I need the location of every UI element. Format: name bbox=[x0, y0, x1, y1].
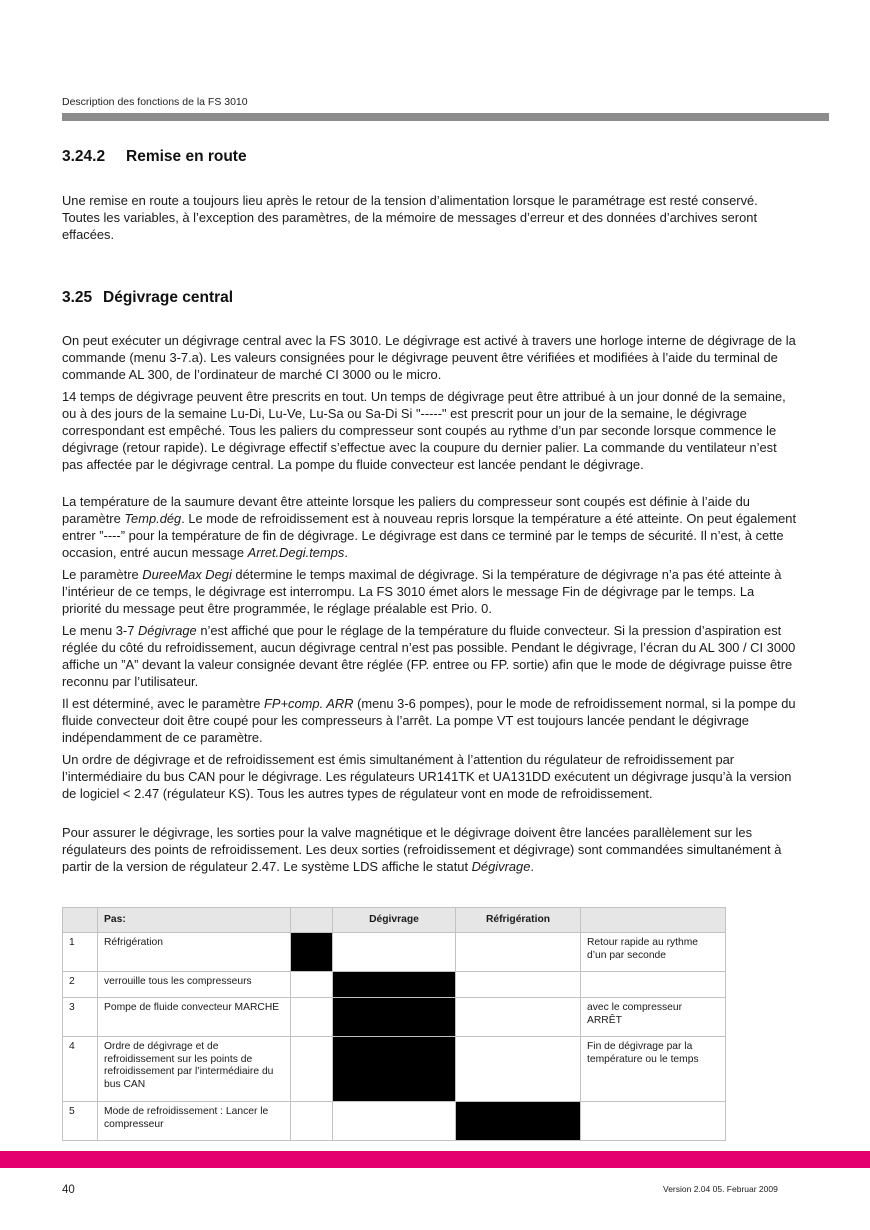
running-header: Description des fonctions de la FS 3010 bbox=[62, 96, 248, 108]
step-note bbox=[581, 972, 726, 998]
paragraph-2: 14 temps de dégivrage peuvent être presc… bbox=[62, 388, 797, 473]
step-number: 4 bbox=[63, 1037, 98, 1102]
defrost-steps-table: Pas: Dégivrage Réfrigération 1Réfrigérat… bbox=[62, 907, 726, 1141]
header-step: Pas: bbox=[98, 908, 291, 933]
paragraph-5: Le menu 3-7 Dégivrage n’est affiché que … bbox=[62, 622, 797, 690]
section-title: Remise en route bbox=[126, 148, 247, 165]
phase-cell-refrigeration bbox=[456, 972, 581, 998]
header-refrigeration-start bbox=[291, 908, 333, 933]
phase-cell-degivrage bbox=[333, 933, 456, 972]
phase-cell-start bbox=[291, 998, 333, 1037]
header-refrigeration: Réfrigération bbox=[456, 908, 581, 933]
message-name: Arret.Degi.temps bbox=[248, 545, 345, 560]
text: Le menu 3-7 bbox=[62, 623, 138, 638]
text: Pour assurer le dégivrage, les sorties p… bbox=[62, 825, 781, 874]
step-note: Fin de dégivrage par la température ou l… bbox=[581, 1037, 726, 1102]
phase-cell-refrigeration bbox=[456, 933, 581, 972]
text: . bbox=[344, 545, 348, 560]
step-note: Retour rapide au rythme d’un par seconde bbox=[581, 933, 726, 972]
step-description: Ordre de dégivrage et de refroidissement… bbox=[98, 1037, 291, 1102]
phase-cell-start bbox=[291, 933, 333, 972]
step-note bbox=[581, 1102, 726, 1141]
section-number: 3.25 bbox=[62, 289, 103, 307]
paragraph-4: Le paramètre DureeMax Degi détermine le … bbox=[62, 566, 797, 617]
phase-cell-degivrage bbox=[333, 1037, 456, 1102]
step-number: 1 bbox=[63, 933, 98, 972]
phase-cell-degivrage bbox=[333, 972, 456, 998]
step-number: 3 bbox=[63, 998, 98, 1037]
section-heading-remise-en-route: 3.24.2Remise en route bbox=[62, 148, 247, 166]
phase-cell-degivrage bbox=[333, 1102, 456, 1141]
step-number: 5 bbox=[63, 1102, 98, 1141]
section-heading-degivrage-central: 3.25Dégivrage central bbox=[62, 289, 233, 307]
menu-name: Dégivrage bbox=[138, 623, 197, 638]
section-title: Dégivrage central bbox=[103, 289, 233, 306]
paragraph-3: La température de la saumure devant être… bbox=[62, 493, 797, 561]
text: Il est déterminé, avec le paramètre bbox=[62, 696, 264, 711]
paragraph-8: Pour assurer le dégivrage, les sorties p… bbox=[62, 824, 797, 875]
parameter-name: FP+comp. ARR bbox=[264, 696, 353, 711]
paragraph-remise: Une remise en route a toujours lieu aprè… bbox=[62, 192, 797, 243]
phase-cell-refrigeration bbox=[456, 1102, 581, 1141]
step-number: 2 bbox=[63, 972, 98, 998]
text: . bbox=[530, 859, 534, 874]
step-description: Réfrigération bbox=[98, 933, 291, 972]
phase-cell-start bbox=[291, 972, 333, 998]
phase-cell-start bbox=[291, 1102, 333, 1141]
page-number: 40 bbox=[62, 1184, 75, 1196]
header-note bbox=[581, 908, 726, 933]
step-description: Pompe de fluide convecteur MARCHE bbox=[98, 998, 291, 1037]
version-date: Version 2.04 05. Februar 2009 bbox=[663, 1184, 778, 1194]
step-description: Mode de refroidissement : Lancer le comp… bbox=[98, 1102, 291, 1141]
paragraph-6: Il est déterminé, avec le paramètre FP+c… bbox=[62, 695, 797, 746]
header-rule bbox=[62, 113, 829, 121]
step-note: avec le compresseur ARRÊT bbox=[581, 998, 726, 1037]
header-num bbox=[63, 908, 98, 933]
footer-accent-bar bbox=[0, 1151, 870, 1168]
paragraph-7: Un ordre de dégivrage et de refroidissem… bbox=[62, 751, 797, 802]
phase-cell-degivrage bbox=[333, 998, 456, 1037]
text: Le paramètre bbox=[62, 567, 142, 582]
parameter-name: Temp.dég bbox=[124, 511, 181, 526]
table-row: 3Pompe de fluide convecteur MARCHEavec l… bbox=[63, 998, 726, 1037]
status-name: Dégivrage bbox=[472, 859, 531, 874]
table-header-row: Pas: Dégivrage Réfrigération bbox=[63, 908, 726, 933]
phase-cell-refrigeration bbox=[456, 1037, 581, 1102]
step-description: verrouille tous les compresseurs bbox=[98, 972, 291, 998]
table-row: 5Mode de refroidissement : Lancer le com… bbox=[63, 1102, 726, 1141]
phase-cell-refrigeration bbox=[456, 998, 581, 1037]
parameter-name: DureeMax Degi bbox=[142, 567, 232, 582]
table-row: 1RéfrigérationRetour rapide au rythme d’… bbox=[63, 933, 726, 972]
table-row: 2verrouille tous les compresseurs bbox=[63, 972, 726, 998]
header-degivrage: Dégivrage bbox=[333, 908, 456, 933]
phase-cell-start bbox=[291, 1037, 333, 1102]
table-row: 4Ordre de dégivrage et de refroidissemen… bbox=[63, 1037, 726, 1102]
section-number: 3.24.2 bbox=[62, 148, 126, 166]
paragraph-1: On peut exécuter un dégivrage central av… bbox=[62, 332, 797, 383]
